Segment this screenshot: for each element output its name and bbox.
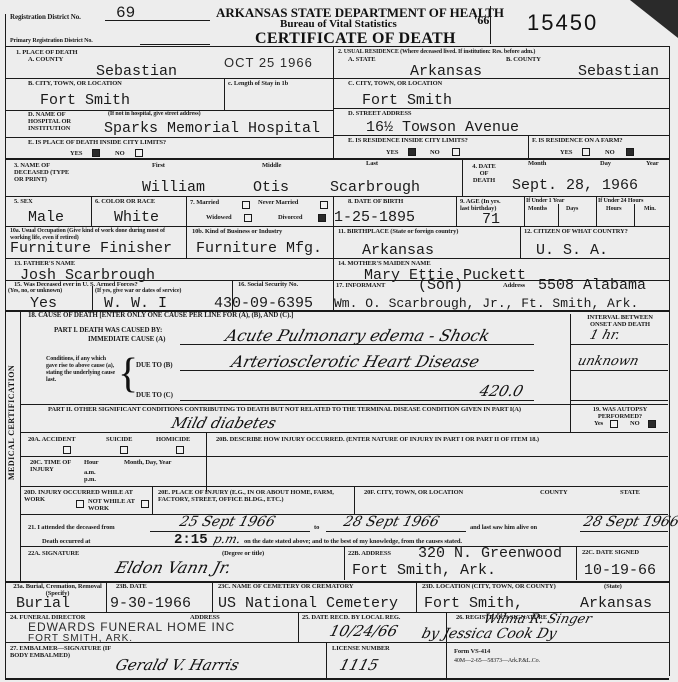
homicide-label: HOMICIDE	[156, 436, 190, 443]
divider	[298, 612, 299, 642]
residence-county-label: b. COUNTY	[506, 56, 541, 63]
degree-label: (Degree or title)	[222, 550, 264, 557]
divider	[462, 158, 463, 196]
residence-city: Fort Smith	[362, 93, 452, 108]
citizenship: U. S. A.	[536, 243, 608, 258]
deceased-middle-name: Otis	[253, 180, 289, 195]
disposition-method: Burial	[16, 596, 70, 611]
divider	[456, 196, 457, 226]
yes-label: YES	[560, 149, 572, 156]
hour-label: Hour	[84, 459, 98, 466]
attended-to: 28 Sept 1966	[342, 514, 441, 530]
divider	[354, 486, 355, 514]
armed-forces-label: 15. Was Deceased ever in U. S. Armed For…	[14, 281, 138, 288]
residence-county: Sebastian	[578, 64, 659, 79]
residence-city-label: c. CITY, TOWN, OR LOCATION	[348, 80, 442, 87]
day-label: Day	[600, 160, 611, 167]
injury-state-label: STATE	[620, 489, 640, 496]
due-to-c-label: DUE TO (c)	[136, 392, 173, 399]
autopsy-yes-checkbox[interactable]	[610, 420, 618, 428]
death-city-label: b. CITY, TOWN, OR LOCATION	[28, 80, 122, 87]
homicide-checkbox[interactable]	[176, 446, 184, 454]
primary-district-label: Primary Registration District No.	[10, 38, 93, 45]
length-of-stay-label: c. Length of Stay in 1b	[228, 80, 288, 87]
death-inside-city-yes-checkbox[interactable]	[92, 149, 100, 157]
street-address: 16½ Towson Avenue	[366, 120, 519, 135]
underline	[105, 20, 210, 21]
armed-forces-answer: Yes	[30, 296, 57, 311]
place-of-death-label: 1. PLACE OF DEATH	[16, 49, 78, 56]
under-24-hours-label: If Under 24 Hours	[598, 198, 643, 205]
divider	[490, 6, 491, 44]
hospital-label: d. NAME OF HOSPITAL OR INSTITUTION	[28, 111, 98, 132]
on-farm-no-checkbox[interactable]	[626, 148, 634, 156]
divider	[634, 204, 635, 226]
cemetery-state-label: (State)	[604, 583, 622, 590]
attended-from: 25 Sept 1966	[178, 514, 277, 530]
received-stamp: OCT 25 1966	[224, 55, 313, 70]
accident-checkbox[interactable]	[63, 446, 71, 454]
married-checkbox[interactable]	[242, 201, 250, 209]
divider	[152, 486, 153, 514]
physician-address-label: 22b. ADDRESS	[348, 550, 391, 557]
suicide-label: SUICIDE	[106, 436, 132, 443]
hospital-name: Sparks Memorial Hospital	[104, 121, 320, 136]
divider	[524, 196, 525, 226]
row-line	[5, 196, 669, 197]
row-line	[20, 486, 668, 487]
row-line	[20, 456, 668, 457]
underline	[180, 400, 534, 401]
date-of-death: Sept. 28, 1966	[512, 178, 638, 193]
on-farm-label: f. IS RESIDENCE ON A FARM?	[532, 137, 623, 144]
divider	[206, 432, 207, 492]
never-married-checkbox[interactable]	[320, 201, 328, 209]
cause-b: Arteriosclerotic Heart Disease	[229, 352, 481, 371]
at-work-checkbox[interactable]	[76, 500, 84, 508]
am-pm-label: a.m. p.m.	[84, 469, 98, 483]
usual-residence-label: 2. USUAL RESIDENCE (Where deceased lived…	[338, 49, 535, 56]
divider	[520, 226, 521, 258]
divider	[416, 581, 417, 613]
row-line	[5, 642, 669, 643]
war-served: W. W. I	[104, 296, 167, 311]
months-label: Months	[528, 206, 547, 213]
to-label: to	[314, 524, 319, 531]
not-at-work-checkbox[interactable]	[141, 500, 149, 508]
time-of-injury-label: 20c. TIME OF INJURY	[30, 459, 80, 473]
cause-a: Acute Pulmonary edema - Shock	[223, 326, 492, 345]
dob-label: 8. DATE OF BIRTH	[348, 198, 403, 205]
last-saw-label: and last saw him alive on	[470, 524, 537, 531]
divider	[558, 204, 559, 226]
embalmer-signature: Gerald V. Harris	[114, 656, 242, 674]
death-inside-city-label: e. IS PLACE OF DEATH INSIDE CITY LIMITS?	[28, 139, 166, 146]
underline	[140, 44, 210, 45]
cemetery-city: Fort Smith,	[424, 596, 523, 611]
injury-city-label: 20f. CITY, TOWN, OR LOCATION	[364, 489, 463, 496]
citizen-label: 12. CITIZEN OF WHAT COUNTRY?	[524, 228, 628, 235]
autopsy-no-label: NO	[630, 420, 640, 427]
part-2-label: PART II. OTHER SIGNIFICANT CONDITIONS Co…	[48, 406, 566, 413]
divider	[570, 314, 571, 404]
sex: Male	[28, 210, 64, 225]
divider	[570, 404, 571, 432]
race-label: 6. COLOR OR RACE	[95, 198, 155, 205]
underline	[570, 344, 668, 345]
physician-address-line1: 320 N. Greenwood	[418, 546, 562, 561]
frame-right	[669, 46, 670, 676]
physician-address-line2: Fort Smith, Ark.	[352, 563, 496, 578]
social-security-number: 430-09-6395	[214, 296, 313, 311]
due-to-b-label: DUE TO (b)	[136, 362, 172, 369]
date-signed-label: 22c. DATE SIGNED	[582, 549, 639, 556]
divider	[326, 642, 327, 678]
ssn-label: 16. Social Security No.	[238, 281, 298, 288]
armed-forces-hint: (Yes, no, or unknown)	[8, 288, 62, 295]
divider	[91, 196, 92, 226]
no-label: NO	[115, 150, 125, 157]
age: 71	[482, 212, 500, 227]
immediate-cause-label: IMMEDIATE CAUSE (a)	[88, 336, 165, 343]
physician-signature: Eldon Vann Jr.	[113, 558, 233, 577]
divider	[186, 226, 187, 258]
place-of-injury-label: 20e. PLACE OF INJURY (e.g., in or about …	[158, 489, 348, 503]
yes-label: YES	[386, 149, 398, 156]
cause-code: 420.0	[478, 382, 526, 400]
brace-icon: {	[118, 354, 138, 394]
deceased-last-name: Scarbrough	[330, 180, 420, 195]
print-code: 40M—2-65—58373—Ark.P.&L.Co.	[454, 658, 540, 665]
row-line	[5, 258, 669, 259]
describe-injury-label: 20b. DESCRIBE HOW INJURY OCCURRED. (Ente…	[216, 436, 539, 443]
underline	[570, 400, 668, 401]
divider	[333, 226, 334, 258]
scan-corner-fold	[630, 0, 678, 38]
deceased-name-label: 3. NAME OF DECEASED (Type or print)	[14, 162, 74, 183]
row-line	[20, 432, 668, 433]
residence-state-label: a. STATE	[348, 56, 376, 63]
divider	[224, 78, 225, 110]
underline	[570, 370, 668, 371]
industry: Furniture Mfg.	[196, 241, 322, 256]
divider	[186, 196, 187, 226]
attended-label: 21. I attended the deceased from	[28, 524, 115, 531]
bureau-name: Bureau of Vital Statistics	[280, 18, 397, 30]
informant-address: 5508 Alabama	[538, 278, 646, 293]
month-label: Month	[528, 160, 546, 167]
autopsy-no-checkbox[interactable]	[648, 420, 656, 428]
date-of-birth: 1-25-1895	[334, 210, 415, 225]
medical-certification-label: MEDICAL CERTIFICATION	[7, 365, 16, 480]
middle-label: Middle	[262, 162, 281, 169]
injury-county-label: COUNTY	[540, 489, 568, 496]
father-name-label: 13. FATHER'S NAME	[14, 260, 75, 267]
yes-label: YES	[70, 150, 82, 157]
divider	[92, 286, 93, 310]
no-label: NO	[430, 149, 440, 156]
row-line	[5, 226, 669, 227]
date-received: 10/24/66	[328, 622, 400, 640]
frame-top	[5, 46, 670, 47]
death-inside-city-no-checkbox[interactable]	[135, 149, 143, 157]
autopsy-yes-label: Yes	[594, 420, 603, 427]
war-hint: (If yes, give war or dates of service)	[95, 288, 181, 295]
residence-inside-city-yes-checkbox[interactable]	[408, 148, 416, 156]
residence-inside-city-no-checkbox[interactable]	[452, 148, 460, 156]
residence-inside-city-label: e. IS RESIDENCE INSIDE CITY LIMITS?	[348, 137, 468, 144]
signature-label: 22a. SIGNATURE	[28, 550, 79, 557]
informant-name: Wm. O. Scarbrough, Jr., Ft. Smith, Ark.	[334, 296, 638, 311]
days-label: Days	[566, 206, 578, 213]
cemetery-state: Arkansas	[580, 596, 652, 611]
divider	[596, 196, 597, 226]
death-occurred-label: Death occurred at	[42, 538, 90, 545]
embalmer-label: 27. EMBALMER—Signature (If Body Embalmed…	[10, 645, 120, 659]
year-code: '66	[474, 13, 489, 28]
race: White	[114, 210, 159, 225]
funeral-home-stamp-line1: EDWARDS FUNERAL HOME INC	[28, 620, 235, 634]
license-number: 1115	[338, 656, 381, 674]
death-city: Fort Smith	[40, 93, 130, 108]
last-label: Last	[366, 160, 378, 167]
birthplace-label: 11. BIRTHPLACE (State or foreign country…	[338, 228, 458, 235]
cemetery-label: 23c. NAME OF CEMETERY OR CREMATORY	[218, 583, 354, 590]
date-signed: 10-19-66	[584, 563, 656, 578]
hours-label: Hours	[606, 206, 622, 213]
informant-label: 17. INFORMANT	[336, 282, 385, 289]
divider	[106, 581, 107, 613]
frame-bottom	[5, 678, 669, 680]
industry-label: 10b. Kind of Business or Industry	[192, 228, 282, 235]
divider	[344, 546, 345, 580]
not-at-work-label: NOT WHILE AT WORK	[88, 498, 138, 512]
underline	[326, 531, 466, 532]
informant-relation: (Son)	[418, 278, 463, 293]
autopsy-label: 19. WAS AUTOPSY PERFORMED?	[580, 406, 660, 420]
divorced-label: Divorced	[278, 214, 302, 221]
minutes-label: Min.	[644, 206, 656, 213]
sex-label: 5. SEX	[14, 198, 33, 205]
widowed-checkbox[interactable]	[244, 214, 252, 222]
row-line	[333, 78, 669, 79]
age-label: 9. AGE (In yrs. last birthday)	[460, 198, 510, 212]
accident-label: 20a. ACCIDENT	[28, 436, 75, 443]
divider	[576, 546, 577, 580]
registrar-signature: Wilma R. Singer	[482, 612, 593, 627]
column-divider	[333, 46, 334, 158]
registration-district-label: Registration District No.	[10, 14, 81, 21]
burial-date-label: 23b. DATE	[116, 583, 147, 590]
cemetery-name: US National Cemetery	[218, 596, 398, 611]
no-label: NO	[605, 149, 615, 156]
form-number: Form VS-414	[454, 648, 490, 655]
registrar-signature-line2: by Jessica Cook Dy	[420, 626, 559, 642]
divider	[212, 581, 213, 613]
divider	[528, 135, 529, 158]
certification-statement: on the date stated above; and to the bes…	[244, 538, 462, 545]
cemetery-location-label: 23d. LOCATION (City, town, or county)	[422, 583, 556, 590]
license-number-label: LICENSE NUMBER	[332, 645, 390, 652]
part-2-value: Mild diabetes	[170, 414, 279, 432]
row-line	[5, 78, 333, 79]
death-county: Sebastian	[96, 64, 177, 79]
burial-date: 9-30-1966	[110, 596, 191, 611]
month-day-year-label: Month, Day, Year	[124, 459, 171, 466]
interval-label: INTERVAL BETWEEN ONSET AND DEATH	[576, 314, 664, 328]
death-time-suffix: p.m.	[212, 532, 242, 546]
death-certificate: Registration District No. 69 Primary Reg…	[0, 0, 678, 682]
date-received-label: 25. DATE RECD. by LOCAL REG.	[302, 614, 400, 621]
hospital-hint: (If not in hospital, give street address…	[108, 111, 201, 118]
date-of-death-label: 4. DATE OF DEATH	[468, 163, 500, 184]
interval-a: 1 hr.	[588, 328, 622, 343]
certificate-number: 15450	[527, 10, 598, 36]
medical-column-line	[20, 310, 21, 582]
first-label: First	[152, 162, 165, 169]
part-1-label: PART I. DEATH WAS CAUSED BY:	[54, 327, 162, 334]
conditions-label: Conditions, if any which gave rise to ab…	[46, 356, 118, 384]
row-line	[333, 135, 669, 136]
occupation: Furniture Finisher	[10, 241, 172, 256]
married-label: 7. Married	[190, 199, 219, 206]
row-line	[333, 108, 669, 109]
on-farm-yes-checkbox[interactable]	[582, 148, 590, 156]
divorced-checkbox[interactable]	[318, 214, 326, 222]
row-line	[5, 137, 333, 138]
widowed-label: Widowed	[206, 214, 232, 221]
street-address-label: d. STREET ADDRESS	[348, 110, 411, 117]
divider	[446, 612, 447, 678]
death-county-label: a. COUNTY	[28, 56, 63, 63]
suicide-checkbox[interactable]	[120, 446, 128, 454]
section-line	[5, 158, 669, 160]
divider	[333, 258, 334, 280]
never-married-label: Never Married	[258, 199, 298, 206]
birthplace: Arkansas	[362, 243, 434, 258]
residence-state: Arkansas	[410, 64, 482, 79]
deceased-first-name: William	[142, 180, 205, 195]
row-line	[20, 514, 668, 515]
year-label: Year	[646, 160, 659, 167]
interval-b: unknown	[576, 354, 640, 369]
last-saw-alive-date: 28 Sept 1966	[582, 514, 678, 530]
registration-district-value: 69	[116, 6, 135, 21]
informant-address-label: Address	[503, 282, 525, 289]
underline	[580, 531, 668, 532]
mother-name-label: 14. MOTHER'S MAIDEN NAME	[338, 260, 431, 267]
cause-of-death-label: 18. CAUSE OF DEATH [Enter only one cause…	[28, 312, 293, 319]
